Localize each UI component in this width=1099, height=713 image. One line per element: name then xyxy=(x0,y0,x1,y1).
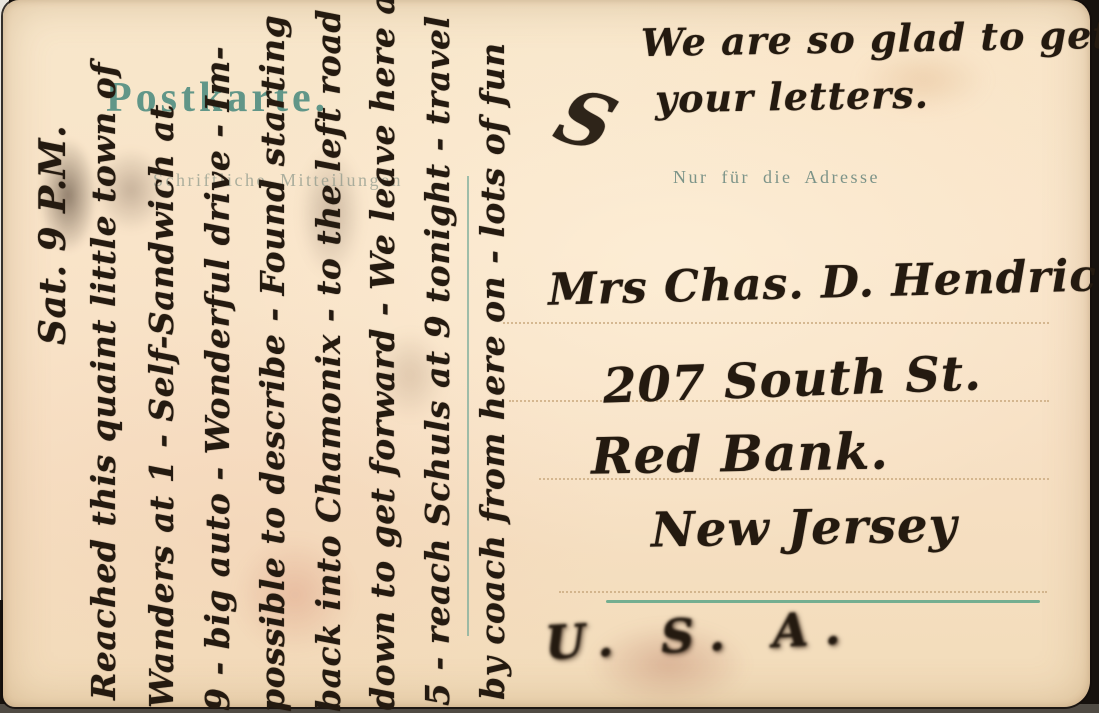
address-recipient: Mrs Chas. D. Hendrickson xyxy=(547,247,1099,316)
address-country: U. S. A. xyxy=(544,600,858,670)
message-line-8: 5 - reach Schuls at 9 tonight - travel xyxy=(419,15,457,706)
address-state: New Jersey xyxy=(651,497,958,558)
message-line-1: Sat. 9 P.M. xyxy=(33,125,74,345)
address-street: 207 South St. xyxy=(602,345,983,414)
message-line-5: possible to describe - Found starting xyxy=(254,15,292,712)
address-city: Red Bank. xyxy=(591,421,890,485)
note-line-2: your letters. xyxy=(655,72,930,122)
message-line-7: down to get forward - We leave here at xyxy=(364,0,402,710)
message-line-3: Wanders at 1 - Self-Sandwich at xyxy=(143,104,181,708)
message-line-2: Reached this quaint little town of xyxy=(85,62,123,700)
address-dotted-line-4 xyxy=(559,591,1047,593)
scanned-postcard-image: Postkarte. Schriftliche Mitteilungen Nur… xyxy=(0,0,1099,713)
address-dotted-line-1 xyxy=(503,322,1049,324)
message-line-6: back into Chamonix - to the left road xyxy=(310,9,348,712)
center-divider-line xyxy=(467,176,469,636)
note-line-1: We are so glad to get xyxy=(641,12,1099,65)
printed-caption-address-side: Nur für die Adresse xyxy=(673,167,880,188)
message-line-9: by coach from here on - lots of fun xyxy=(474,42,512,700)
postcard-back: Postkarte. Schriftliche Mitteilungen Nur… xyxy=(3,0,1090,707)
ink-flourish: S xyxy=(544,74,628,167)
message-line-4: 9 - big auto - Wonderful drive - Im- xyxy=(199,46,237,711)
